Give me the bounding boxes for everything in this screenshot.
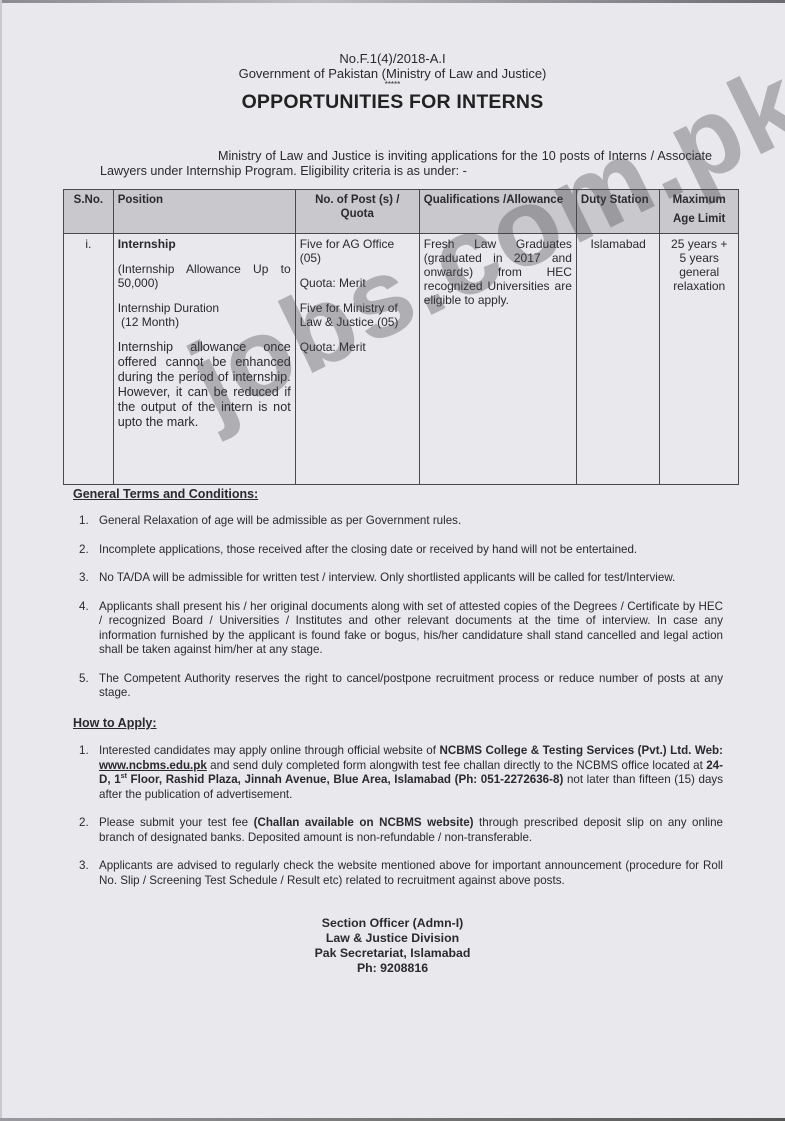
cell-age-limit: 25 years + 5 years general relaxation: [660, 234, 739, 485]
reference-number: No.F.1(4)/2018-A.I: [0, 51, 785, 66]
header-sno: S.No.: [64, 190, 114, 234]
document-header: No.F.1(4)/2018-A.I Government of Pakista…: [0, 51, 785, 114]
quota-ministry: Quota: Merit: [300, 340, 415, 354]
apply-item: 2.Please submit your test fee (Challan a…: [79, 816, 723, 845]
duration-value: (12 Month): [121, 315, 179, 329]
allowance-note: Internship allowance once offered cannot…: [118, 340, 291, 430]
duration-label: Internship Duration: [118, 301, 219, 315]
posts-ministry: Five for Ministry of Law & Justice (05): [300, 301, 415, 329]
terms-list: 1.General Relaxation of age will be admi…: [79, 514, 723, 715]
signature-division: Law & Justice Division: [0, 931, 785, 946]
header-qualifications: Qualifications /Allowance: [419, 190, 576, 234]
signature-address: Pak Secretariat, Islamabad: [0, 946, 785, 961]
table-header-row: S.No. Position No. of Post (s) / Quota Q…: [64, 190, 739, 234]
terms-heading: General Terms and Conditions:: [73, 487, 258, 501]
website-link[interactable]: www.ncbms.edu.pk: [99, 759, 207, 772]
government-line: Government of Pakistan (Ministry of Law …: [0, 66, 785, 81]
header-age-limit-line1: Maximum: [673, 194, 726, 206]
terms-item: 2.Incomplete applications, those receive…: [79, 543, 723, 558]
position-duration: Internship Duration (12 Month): [118, 301, 291, 329]
cell-posts-quota: Five for AG Office (05) Quota: Merit Fiv…: [295, 234, 419, 485]
table-row: i. Internship (Internship Allowance Up t…: [64, 234, 739, 485]
header-posts-quota: No. of Post (s) / Quota: [295, 190, 419, 234]
apply-list: 1.Interested candidates may apply online…: [79, 744, 723, 902]
page-title: OPPORTUNITIES FOR INTERNS: [0, 91, 785, 114]
intro-text: Ministry of Law and Justice is inviting …: [100, 149, 712, 178]
cell-qualifications: Fresh Law Graduates (graduated in 2017 a…: [419, 234, 576, 485]
apply-item: 3.Applicants are advised to regularly ch…: [79, 859, 723, 888]
terms-item: 4.Applicants shall present his / her ori…: [79, 600, 723, 658]
terms-item: 5.The Competent Authority reserves the r…: [79, 672, 723, 701]
age-line2: 5 years: [680, 251, 719, 265]
quota-ag-office: Quota: Merit: [300, 276, 415, 290]
cell-sno: i.: [64, 234, 114, 485]
header-position: Position: [113, 190, 295, 234]
cell-duty-station: Islamabad: [576, 234, 660, 485]
terms-item: 1.General Relaxation of age will be admi…: [79, 514, 723, 529]
separator-stars: *****: [0, 81, 785, 88]
age-line4: relaxation: [673, 279, 725, 293]
signature-block: Section Officer (Admn-I) Law & Justice D…: [0, 916, 785, 976]
intro-paragraph: Ministry of Law and Justice is inviting …: [100, 149, 712, 179]
scan-edge-top: [0, 0, 785, 3]
apply-item: 1.Interested candidates may apply online…: [79, 744, 723, 802]
posts-ag-office: Five for AG Office (05): [300, 237, 415, 265]
signature-phone: Ph: 9208816: [0, 961, 785, 976]
header-duty-station: Duty Station: [576, 190, 660, 234]
position-allowance: (Internship Allowance Up to 50,000): [118, 262, 291, 290]
positions-table: S.No. Position No. of Post (s) / Quota Q…: [63, 189, 739, 485]
cell-position: Internship (Internship Allowance Up to 5…: [113, 234, 295, 485]
position-title: Internship: [118, 237, 291, 251]
age-line1: 25 years +: [671, 237, 727, 251]
header-age-limit: Maximum Age Limit: [660, 190, 739, 234]
terms-item: 3.No TA/DA will be admissible for writte…: [79, 571, 723, 586]
signature-title: Section Officer (Admn-I): [0, 916, 785, 931]
header-age-limit-line2: Age Limit: [664, 212, 734, 226]
age-line3: general: [679, 265, 719, 279]
qualifications-text: Fresh Law Graduates (graduated in 2017 a…: [424, 237, 572, 307]
how-to-apply-heading: How to Apply:: [73, 716, 157, 730]
